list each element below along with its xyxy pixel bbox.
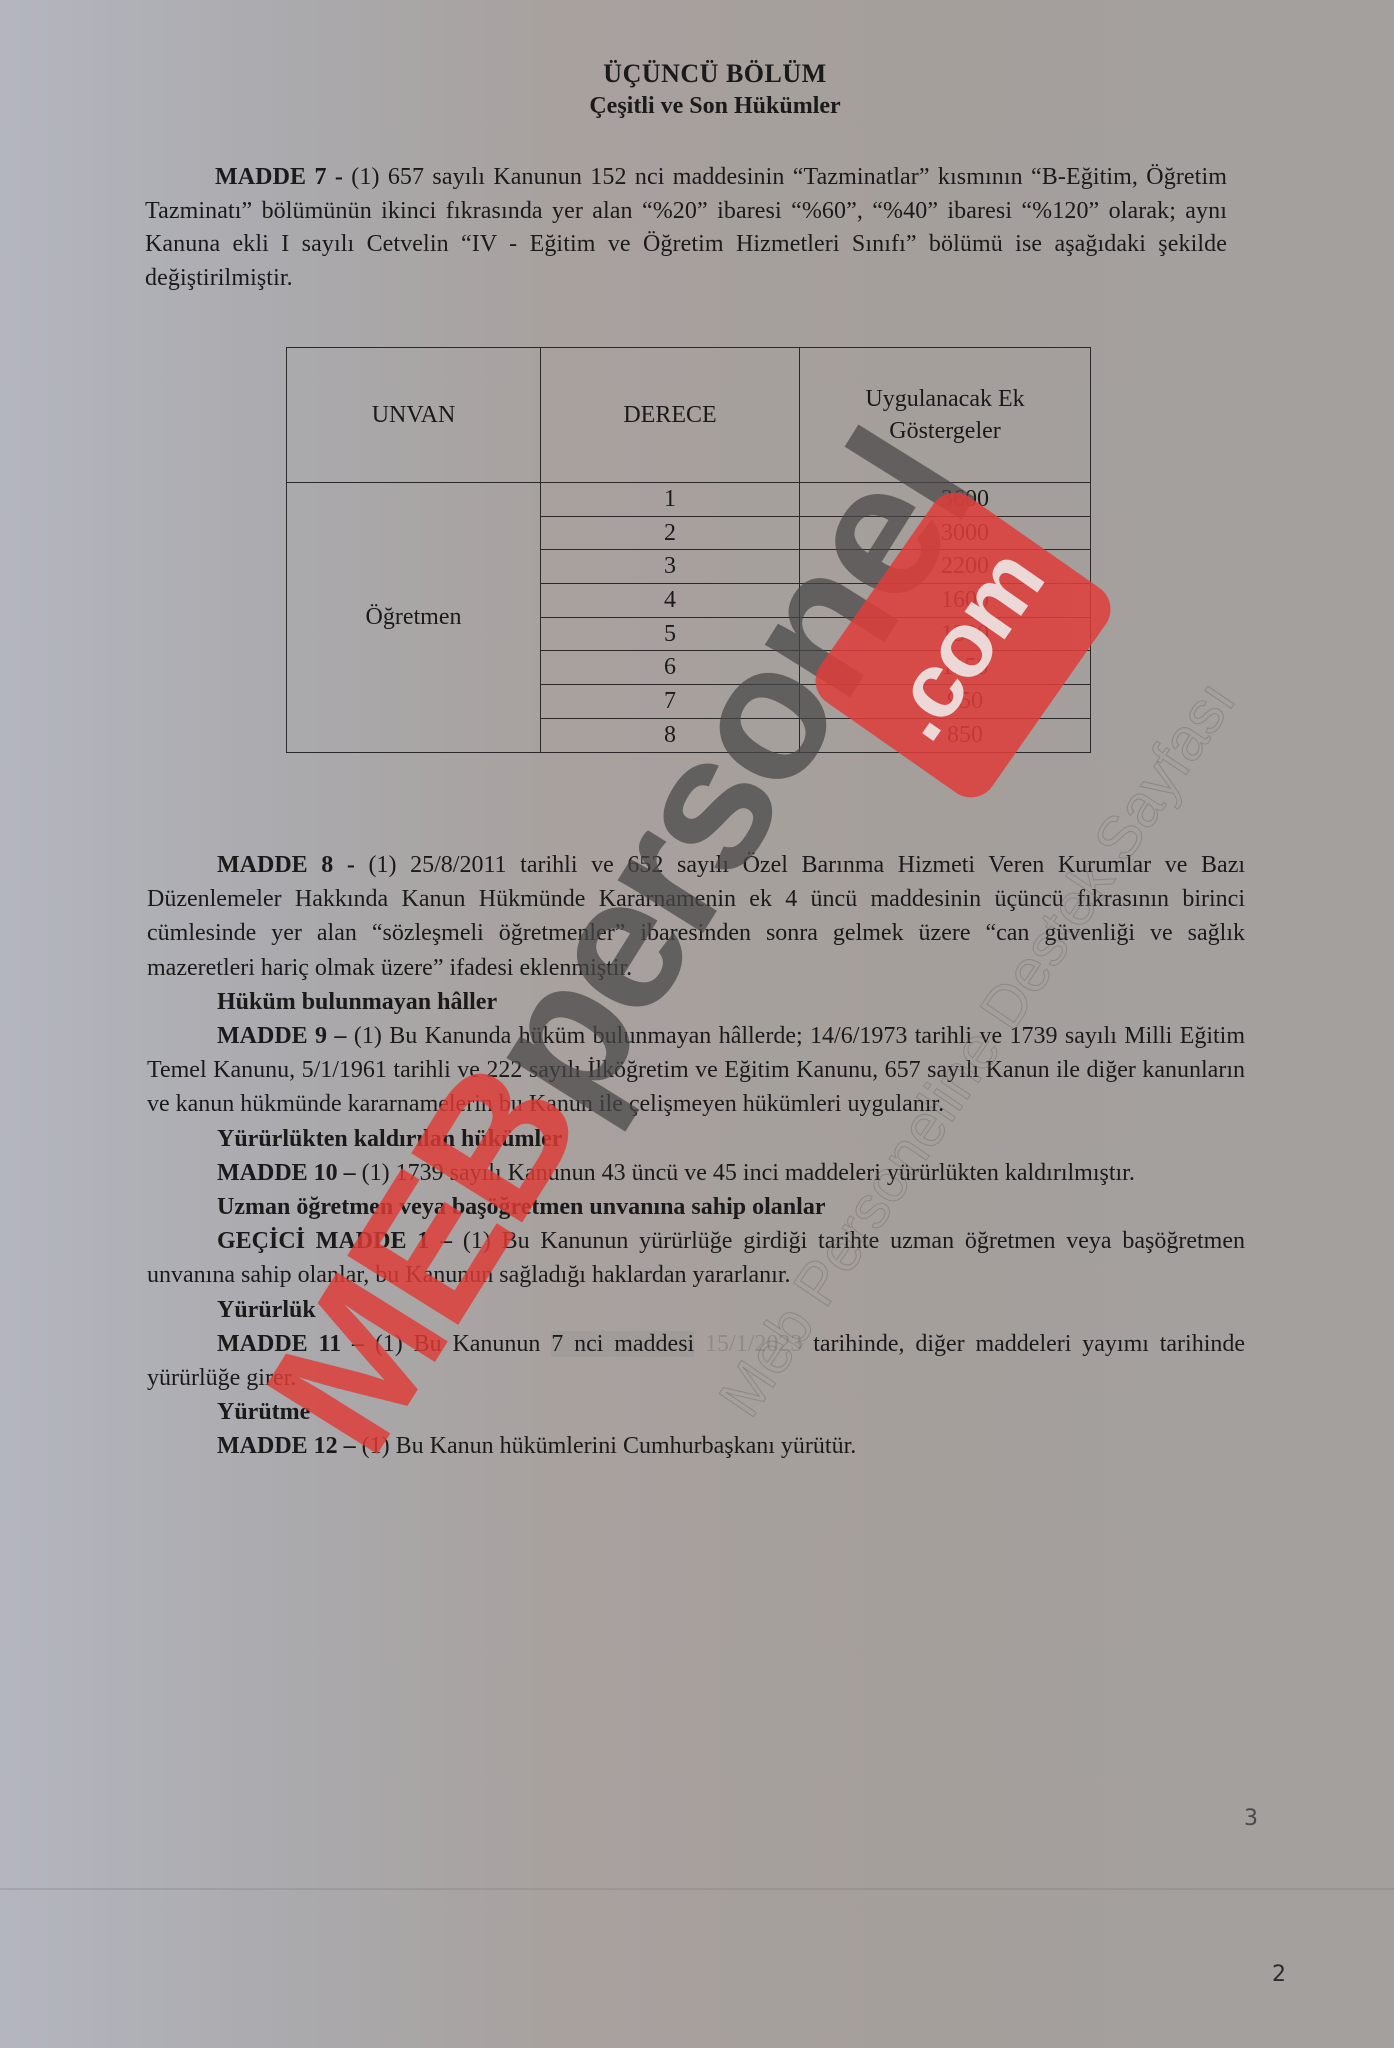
effective-date: 15/1/2023 xyxy=(705,1331,802,1357)
cell-derece: 8 xyxy=(541,718,800,752)
cell-derece: 5 xyxy=(541,617,800,651)
table-row: Öğretmen13600 xyxy=(287,483,1091,517)
header-gosterge: Uygulanacak Ek Göstergeler xyxy=(800,348,1091,483)
cell-derece: 2 xyxy=(541,516,800,550)
header-unvan: UNVAN xyxy=(287,348,541,483)
page-number-lower: 2 xyxy=(1272,1962,1286,1987)
cell-derece: 4 xyxy=(541,584,800,618)
indicator-table: UNVAN DERECE Uygulanacak Ek Göstergeler … xyxy=(286,347,1091,753)
article-12: MADDE 12 – (1) Bu Kanun hükümlerini Cumh… xyxy=(147,1429,1245,1463)
section-title: ÜÇÜNCÜ BÖLÜM xyxy=(0,58,1394,90)
highlighted-phrase: 7 nci maddesi xyxy=(551,1331,694,1357)
section-heading: ÜÇÜNCÜ BÖLÜM Çeşitli ve Son Hükümler xyxy=(0,58,1394,122)
cell-unvan: Öğretmen xyxy=(287,483,541,753)
temporary-article-1-title: Uzman öğretmen veya başöğretmen unvanına… xyxy=(147,1190,1245,1224)
cell-derece: 1 xyxy=(541,483,800,517)
article-11-title: Yürürlük xyxy=(147,1293,1245,1327)
cell-gosterge: 3000 xyxy=(800,516,1091,550)
header-derece: DERECE xyxy=(541,348,800,483)
page-fold-line xyxy=(0,1888,1394,1890)
cell-gosterge: 1600 xyxy=(800,584,1091,618)
article-7: MADDE 7 - (1) 657 sayılı Kanunun 152 nci… xyxy=(145,161,1227,295)
cell-gosterge: 2200 xyxy=(800,550,1091,584)
article-9: MADDE 9 – (1) Bu Kanunda hüküm bulunmaya… xyxy=(147,1019,1245,1122)
cell-derece: 7 xyxy=(541,685,800,719)
article-10: MADDE 10 – (1) 1739 sayılı Kanunun 43 ün… xyxy=(147,1156,1245,1190)
cell-gosterge: 950 xyxy=(800,685,1091,719)
article-10-title: Yürürlükten kaldırılan hükümler xyxy=(147,1122,1245,1156)
article-8: MADDE 8 - (1) 25/8/2011 tarihli ve 652 s… xyxy=(147,848,1245,985)
article-9-title: Hüküm bulunmayan hâller xyxy=(147,985,1245,1019)
article-12-title: Yürütme xyxy=(147,1395,1245,1429)
cell-gosterge: 1300 xyxy=(800,617,1091,651)
page-number-upper: 3 xyxy=(1244,1806,1258,1831)
section-subtitle: Çeşitli ve Son Hükümler xyxy=(0,90,1394,122)
temporary-article-1: GEÇİCİ MADDE 1 – (1) Bu Kanunun yürürlüğ… xyxy=(147,1224,1245,1292)
cell-gosterge: 1150 xyxy=(800,651,1091,685)
article-7-label: MADDE 7 - xyxy=(215,164,343,190)
cell-gosterge: 850 xyxy=(800,718,1091,752)
articles-body: MADDE 8 - (1) 25/8/2011 tarihli ve 652 s… xyxy=(147,848,1245,1464)
cell-derece: 6 xyxy=(541,651,800,685)
cell-gosterge: 3600 xyxy=(800,483,1091,517)
article-11: MADDE 11 – (1) Bu Kanunun 7 nci maddesi … xyxy=(147,1327,1245,1395)
cell-derece: 3 xyxy=(541,550,800,584)
